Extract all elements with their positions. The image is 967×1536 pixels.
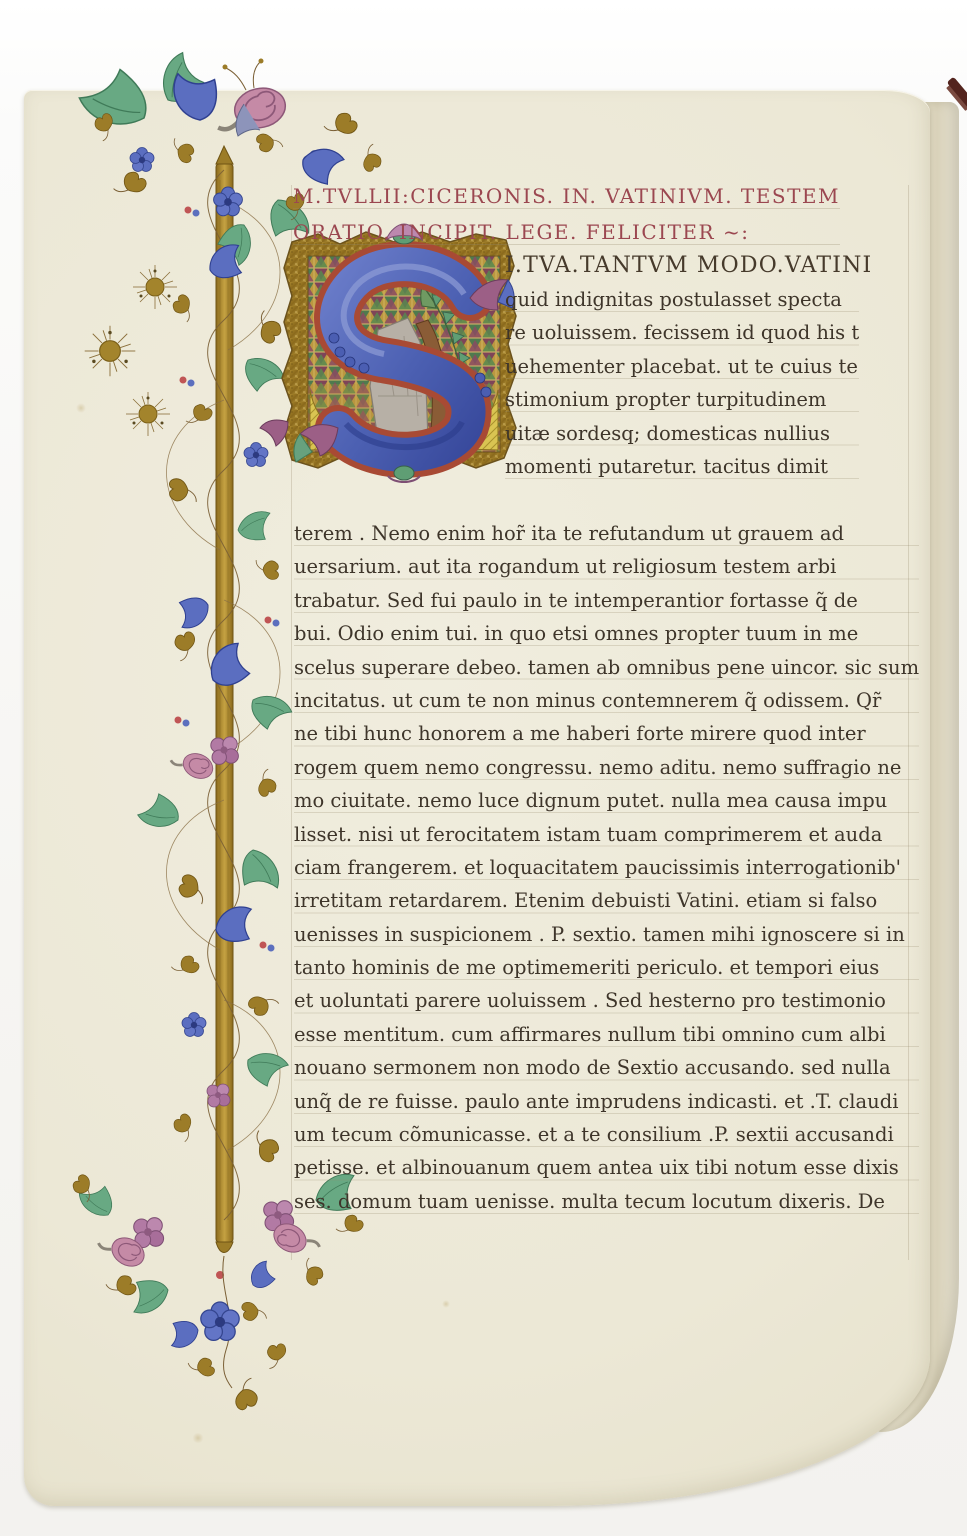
- foxing-spot: [192, 1433, 204, 1443]
- text-line: trabatur. Sed fui paulo in te intemperan…: [294, 584, 919, 617]
- rubric-line: ORATIO. INCIPIT. LEGE. FELICITER ~:: [293, 214, 840, 250]
- text-line: lisset. nisi ut ferocitatem istam tuam c…: [294, 818, 919, 851]
- text-line: unq̃ de re fuisse. paulo ante imprudens …: [294, 1085, 919, 1118]
- photograph-background: M.TVLLII:CICERONIS. IN. VATINIVM. TESTEM…: [0, 0, 967, 1536]
- text-line: rogem quem nemo congressu. nemo aditu. n…: [294, 751, 919, 784]
- text-line: re uoluissem. fecissem id quod his t: [505, 316, 859, 349]
- sun-motif: [85, 326, 136, 377]
- text-line: petisse. et albinouanum quem antea uix t…: [294, 1151, 919, 1184]
- illuminated-initial-S: [258, 226, 538, 488]
- text-line: incitatus. ut cum te non minus contemner…: [294, 684, 919, 717]
- text-line: um tecum cõmunicasse. et a te consilium…: [294, 1118, 919, 1151]
- text-block-main: terem . Nemo enim hor̃ ita te refutandum…: [294, 517, 919, 1218]
- rubric-line: M.TVLLII:CICERONIS. IN. VATINIVM. TESTEM: [293, 178, 840, 214]
- text-line: uitæ sordesq; domesticas nullius: [505, 417, 859, 450]
- text-line: uehementer placebat. ut te cuius te: [505, 350, 859, 383]
- text-line: uenisses in suspicionem . P. sextio. tam…: [294, 918, 919, 951]
- text-line: ne tibi hunc honorem a me haberi forte m…: [294, 717, 919, 750]
- text-line: esse mentitum. cum affirmares nullum tib…: [294, 1018, 919, 1051]
- text-line: tanto hominis de me optimemeriti pericul…: [294, 951, 919, 984]
- text-line: et uoluntati parere uoluissem . Sed hest…: [294, 984, 919, 1017]
- text-line: quid indignitas postulasset specta: [505, 283, 859, 316]
- text-line: ses. domum tuam uenisse. multa tecum loc…: [294, 1185, 919, 1218]
- incipit-line: I.TVA.TANTVM MODO.VATINI: [505, 249, 872, 283]
- text-block-beside-initial: quid indignitas postulasset specta re uo…: [505, 283, 859, 483]
- text-line: nouano sermonem non modo de Sextio accus…: [294, 1051, 919, 1084]
- text-line: uersarium. aut ita rogandum ut religiosu…: [294, 550, 919, 583]
- text-line: terem . Nemo enim hor̃ ita te refutandum…: [294, 517, 919, 550]
- text-line: scelus superare debeo. tamen ab omnibus …: [294, 651, 919, 684]
- sun-motif: [133, 265, 177, 309]
- text-line: mo ciuitate. nemo luce dignum putet. nul…: [294, 784, 919, 817]
- sun-motif: [126, 392, 170, 436]
- text-line: irretitam retardarem. Etenim debuisti Va…: [294, 884, 919, 917]
- text-line: momenti putaretur. tacitus dimit: [505, 450, 859, 483]
- text-line: ciam frangerem. et loquacitatem paucissi…: [294, 851, 919, 884]
- text-line: stimonium propter turpitudinem: [505, 383, 859, 416]
- rubric: M.TVLLII:CICERONIS. IN. VATINIVM. TESTEM…: [293, 178, 840, 250]
- text-line: bui. Odio enim tui. in quo etsi omnes pr…: [294, 617, 919, 650]
